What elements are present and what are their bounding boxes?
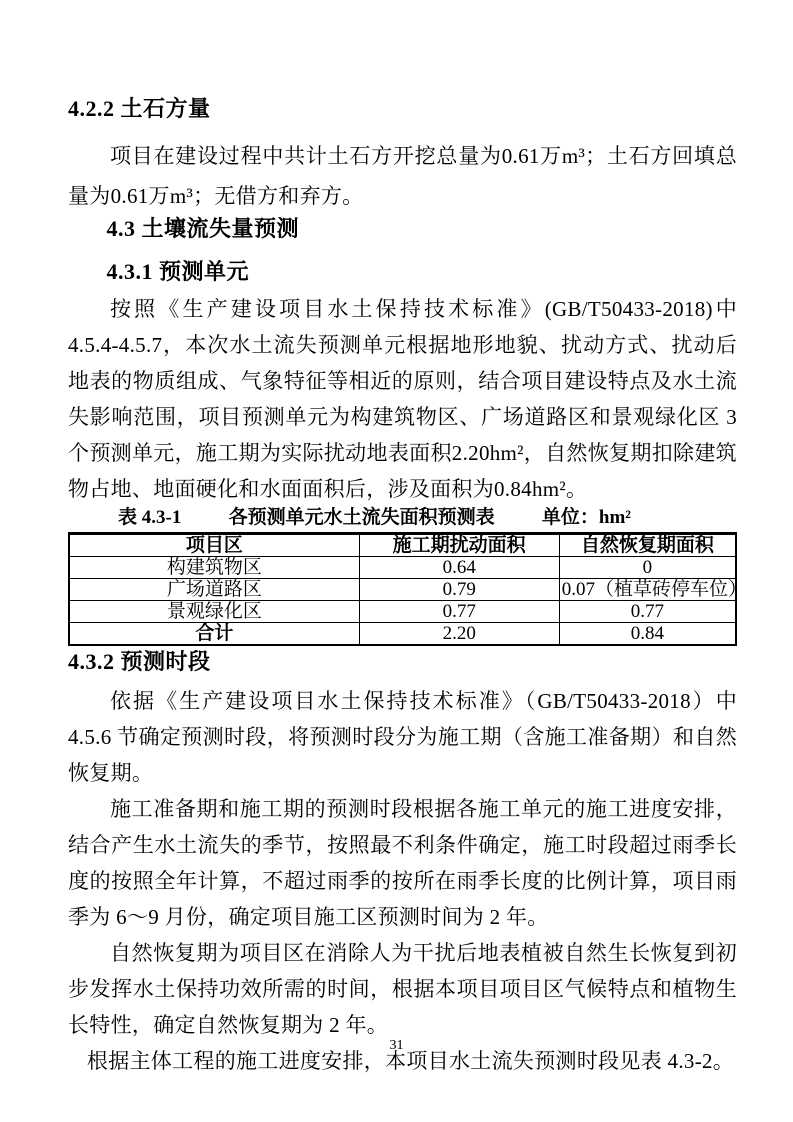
cell-recovery-area: 0.07（植草砖停车位） [559,579,736,601]
table-caption: 表 4.3-1 各预测单元水土流失面积预测表 单位：hm² [68,507,737,529]
prediction-area-table: 项目区 施工期扰动面积 自然恢复期面积 构建筑物区 0.64 0 广场道路区 0… [68,532,737,646]
table-row-buildings: 构建筑物区 0.64 0 [69,557,736,579]
para-period-basis: 依据《生产建设项目水土保持技术标准》（GB/T50433-2018）中 4.5.… [68,683,737,791]
cell-recovery-area: 0 [559,557,736,579]
cell-zone-name: 构建筑物区 [69,557,359,579]
table-row-landscape-greening: 景观绿化区 0.77 0.77 [69,601,736,623]
para-earthwork-volume: 项目在建设过程中共计土石方开挖总量为0.61万m³；土石方回填总量为0.61万m… [68,136,737,216]
table-row-total: 合计 2.20 0.84 [69,623,736,646]
column-header-project-area: 项目区 [69,534,359,557]
table-row-plaza-roads: 广场道路区 0.79 0.07（植草砖停车位） [69,579,736,601]
column-header-natural-recovery-area: 自然恢复期面积 [559,534,736,557]
cell-zone-name: 景观绿化区 [69,601,359,623]
cell-total-construction-area: 2.20 [359,623,559,646]
para-construction-period: 施工准备期和施工期的预测时段根据各施工单元的施工进度安排，结合产生水土流失的季节… [68,791,737,935]
document-page: 4.2.2 土石方量 项目在建设过程中共计土石方开挖总量为0.61万m³；土石方… [0,0,793,1122]
cell-recovery-area: 0.77 [559,601,736,623]
cell-total-recovery-area: 0.84 [559,623,736,646]
cell-total-label: 合计 [69,623,359,646]
page-number: 31 [0,1038,793,1054]
table-unit: 单位：hm² [542,507,631,529]
cell-construction-area: 0.79 [359,579,559,601]
para-prediction-unit: 按照《生产建设项目水土保持技术标准》(GB/T50433-2018)中 4.5.… [68,291,737,507]
heading-4-3-soil-loss-prediction: 4.3 土壤流失量预测 [68,216,737,242]
table-header-row: 项目区 施工期扰动面积 自然恢复期面积 [69,534,736,557]
table-label: 表 4.3-1 [118,507,181,529]
column-header-construction-disturbed-area: 施工期扰动面积 [359,534,559,557]
heading-4-3-1-prediction-unit: 4.3.1 预测单元 [68,259,737,285]
cell-construction-area: 0.77 [359,601,559,623]
table-title: 各预测单元水土流失面积预测表 [229,507,495,529]
para-recovery-period: 自然恢复期为项目区在消除人为干扰后地表植被自然生长恢复到初步发挥水土保持功效所需… [68,935,737,1043]
cell-zone-name: 广场道路区 [69,579,359,601]
heading-4-3-2-prediction-period: 4.3.2 预测时段 [68,649,737,675]
heading-4-2-2-earthwork: 4.2.2 土石方量 [68,96,737,122]
cell-construction-area: 0.64 [359,557,559,579]
